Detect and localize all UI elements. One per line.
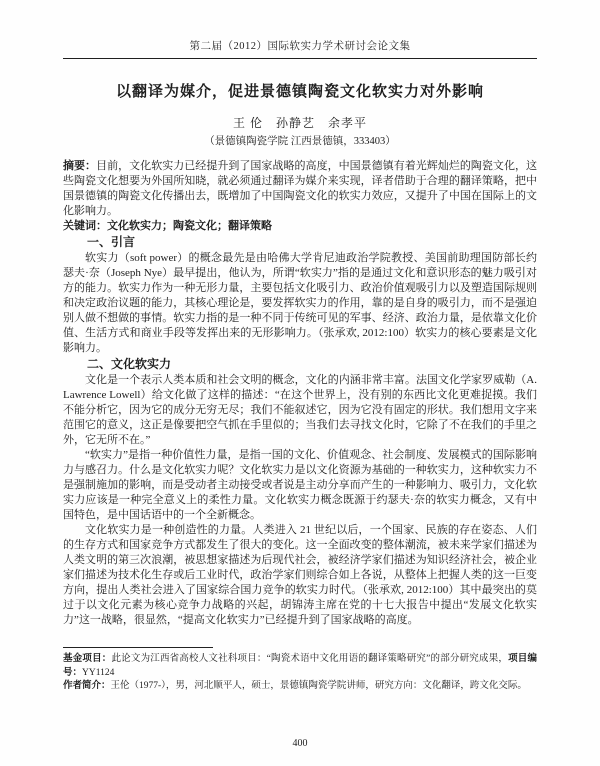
footnote-block: 基金项目：此论文为江西省高校人文社科项目：“陶瓷术语中文化用语的翻译策略研究”的… [63,646,537,727]
fund-project-text: 此论文为江西省高校人文社科项目：“陶瓷术语中文化用语的翻译策略研究”的部分研究成… [111,654,508,664]
affiliation-line: （景德镇陶瓷学院 江西景德镇，333403） [63,133,537,148]
proceedings-header: 第二届（2012）国际软实力学术研讨会论文集 [63,38,537,53]
keywords-label: 关键词： [63,220,107,232]
section-heading-cultural-soft-power: 二、文化软实力 [63,357,537,372]
fund-project-note: 基金项目：此论文为江西省高校人文社科项目：“陶瓷术语中文化用语的翻译策略研究”的… [63,653,537,680]
header-divider [63,58,537,59]
section-heading-introduction: 一、引言 [63,235,537,250]
abstract-text: 目前，文化软实力已经提升到了国家战略的高度，中国景德镇有着光辉灿烂的陶瓷文化，这… [63,160,537,217]
authors-line: 王 伦 孙静艺 余孝平 [63,114,537,131]
body-paragraph: 文化是一个表示人类本质和社会文明的概念，文化的内涵非常丰富。法国文化学家罗威勒（… [63,373,537,448]
keywords-text: 文化软实力；陶瓷文化；翻译策略 [107,220,272,232]
author-bio-note: 作者简介：王伦（1977-），男，河北顺平人，硕士，景德镇陶瓷学院讲师，研究方向… [63,680,537,694]
author-bio-label: 作者简介： [63,681,111,691]
page-number: 400 [0,738,600,749]
footnote-divider [63,647,213,648]
body-paragraph: 文化软实力是一种创造性的力量。人类进入 21 世纪以后，一个国家、民族的存在姿态… [63,523,537,628]
abstract-label: 摘要： [63,160,96,172]
paper-title: 以翻译为媒介，促进景德镇陶瓷文化软实力对外影响 [63,80,537,101]
body-paragraph: 软实力（soft power）的概念最先是由哈佛大学肯尼迪政治学院教授、美国前助… [63,251,537,356]
abstract-paragraph: 摘要：目前，文化软实力已经提升到了国家战略的高度，中国景德镇有着光辉灿烂的陶瓷文… [63,159,537,219]
paper-page: 第二届（2012）国际软实力学术研讨会论文集 以翻译为媒介，促进景德镇陶瓷文化软… [0,0,600,766]
author-bio-text: 王伦（1977-），男，河北顺平人，硕士，景德镇陶瓷学院讲师，研究方向：文化翻译… [111,681,527,691]
body-paragraph: “软实力”是指一种价值性力量，是指一国的文化、价值观念、社会制度、发展模式的国际… [63,448,537,523]
keywords-line: 关键词：文化软实力；陶瓷文化；翻译策略 [63,219,537,234]
fund-project-label: 基金项目： [63,654,111,664]
project-number-value: YY1124 [82,668,114,678]
